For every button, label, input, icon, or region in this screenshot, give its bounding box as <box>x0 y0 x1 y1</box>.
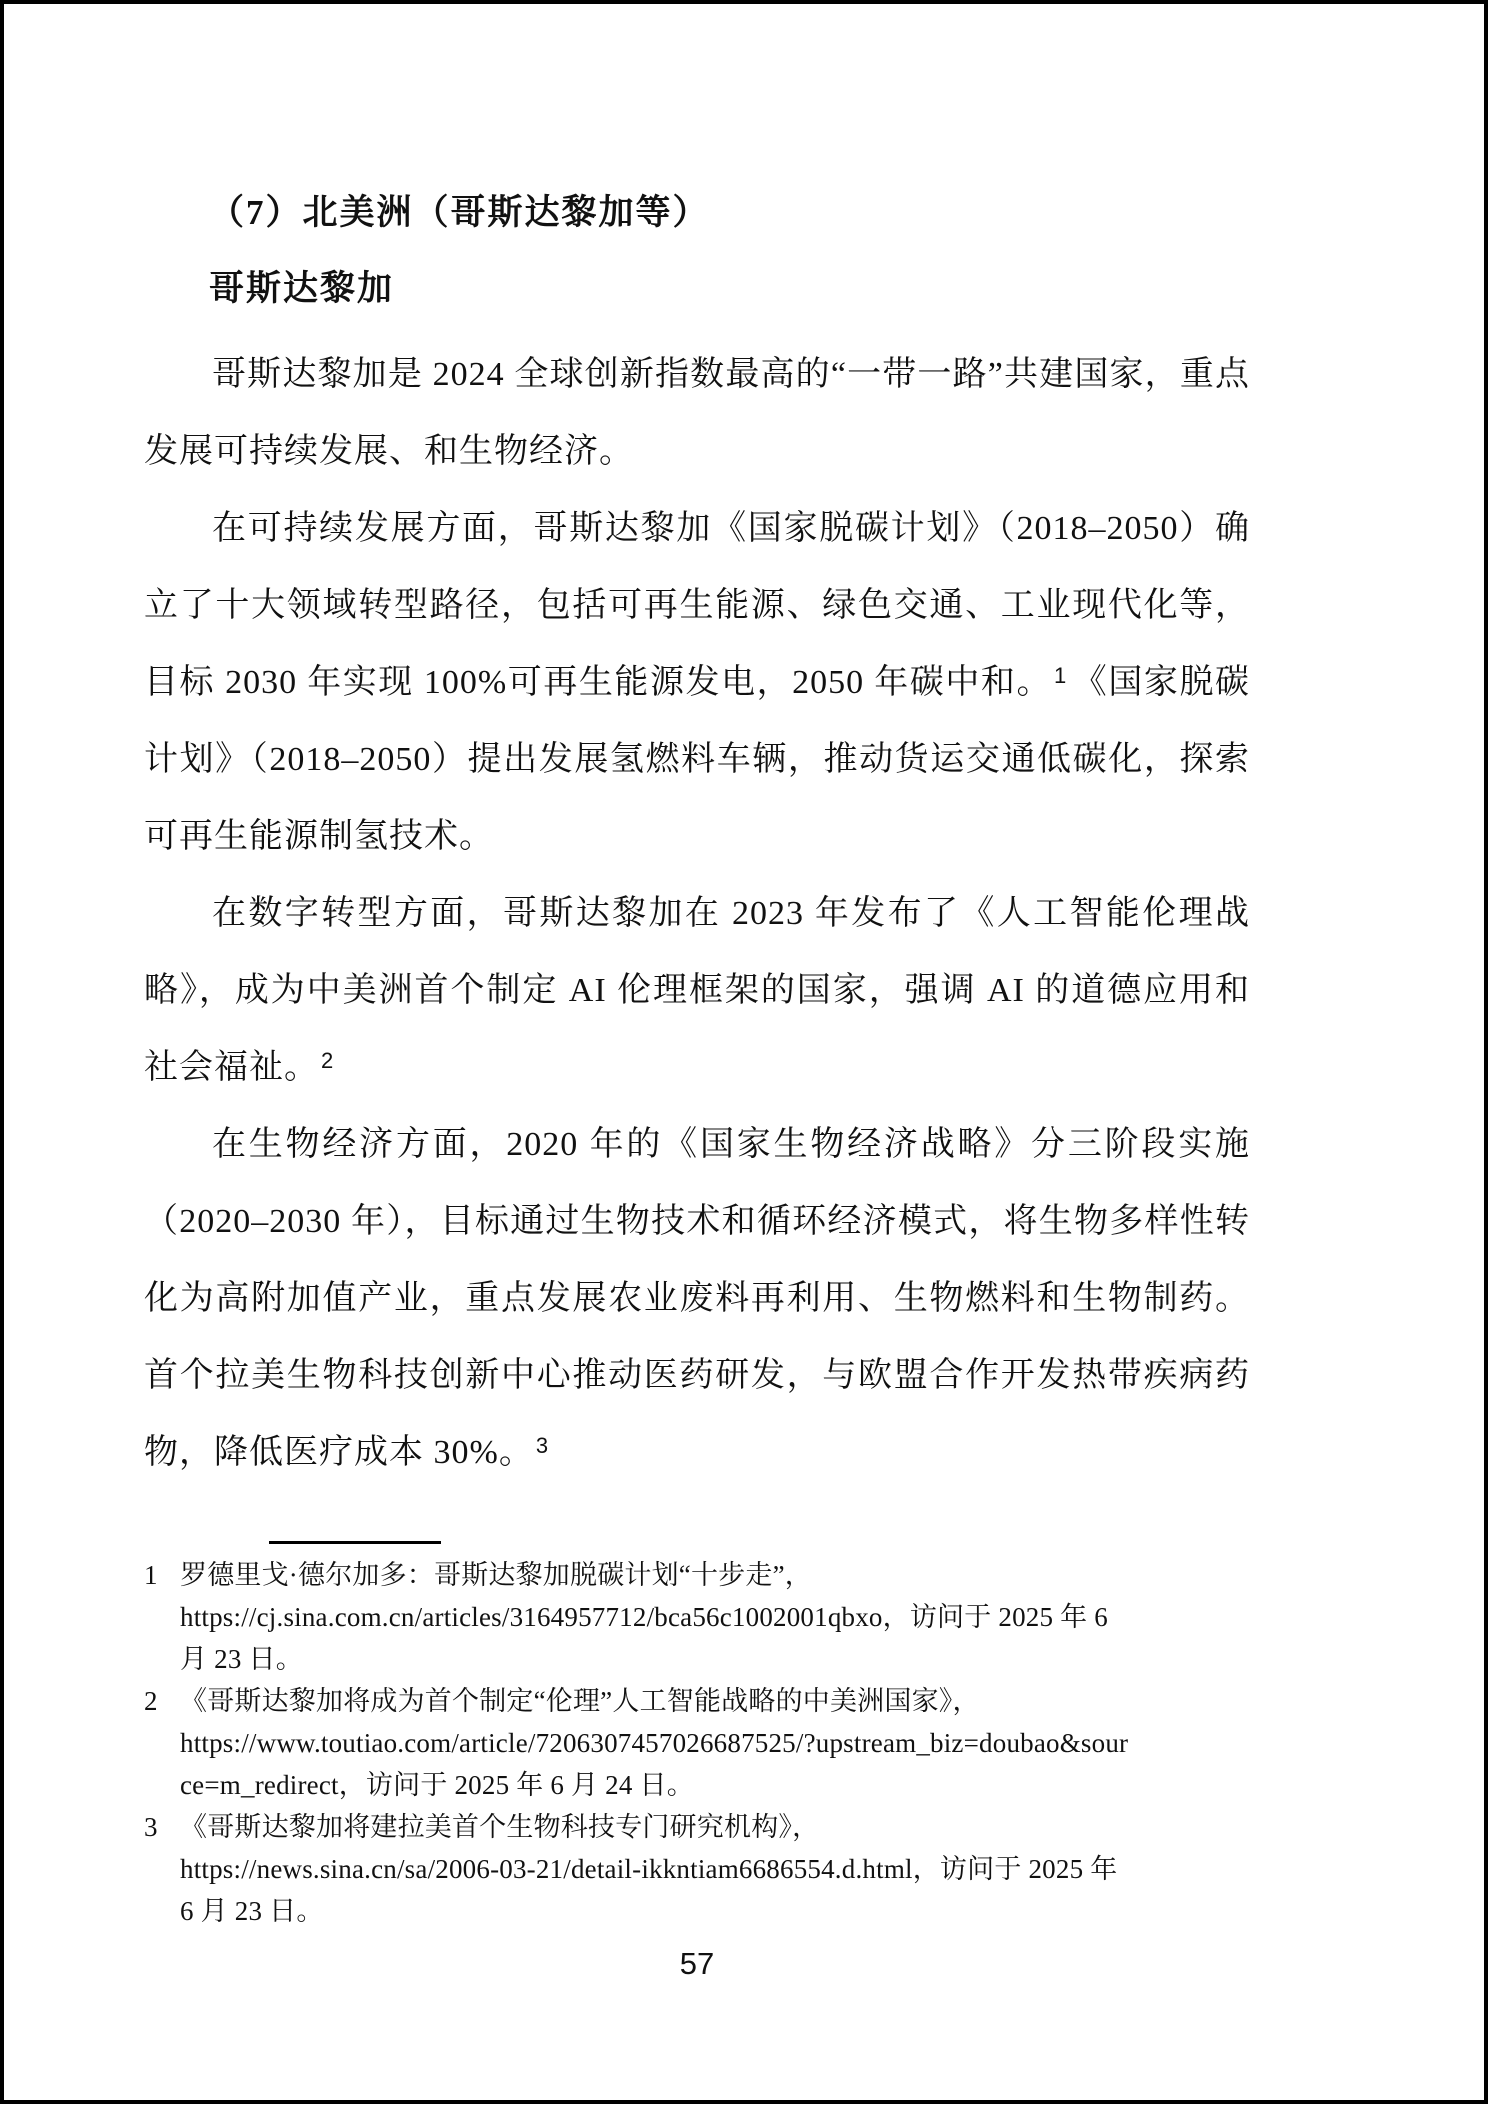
paragraph: 在生物经济方面，2020 年的《国家生物经济战略》分三阶段实施（2020–203… <box>144 1106 1250 1491</box>
footnote-marker: 2 <box>144 1680 180 1806</box>
footnote-item: 1罗德里戈·德尔加多：哥斯达黎加脱碳计划“十步走”，https://cj.sin… <box>144 1554 1250 1680</box>
footnote-separator <box>269 1541 441 1544</box>
footnotes: 1罗德里戈·德尔加多：哥斯达黎加脱碳计划“十步走”，https://cj.sin… <box>144 1554 1250 1932</box>
paragraph: 哥斯达黎加是 2024 全球创新指数最高的“一带一路”共建国家，重点发展可持续发… <box>144 336 1250 490</box>
footnote-line: https://cj.sina.com.cn/articles/31649577… <box>180 1596 1250 1638</box>
footnote-line: ce=m_redirect，访问于 2025 年 6 月 24 日。 <box>180 1764 1250 1806</box>
country-heading: 哥斯达黎加 <box>144 266 1250 312</box>
footnote-line: https://www.toutiao.com/article/72063074… <box>180 1722 1250 1764</box>
footnote-ref: 1 <box>1054 663 1067 688</box>
footnote-line: 罗德里戈·德尔加多：哥斯达黎加脱碳计划“十步走”， <box>180 1554 1250 1596</box>
paragraph: 在数字转型方面，哥斯达黎加在 2023 年发布了《人工智能伦理战略》，成为中美洲… <box>144 875 1250 1106</box>
footnote-ref: 3 <box>536 1433 549 1458</box>
footnote-text: 《哥斯达黎加将成为首个制定“伦理”人工智能战略的中美洲国家》，https://w… <box>180 1680 1250 1806</box>
footnote-item: 2《哥斯达黎加将成为首个制定“伦理”人工智能战略的中美洲国家》，https://… <box>144 1680 1250 1806</box>
footnote-line: 《哥斯达黎加将成为首个制定“伦理”人工智能战略的中美洲国家》， <box>180 1680 1250 1722</box>
paragraph: 在可持续发展方面，哥斯达黎加《国家脱碳计划》（2018–2050）确立了十大领域… <box>144 490 1250 875</box>
footnote-marker: 1 <box>144 1554 180 1680</box>
footnote-line: 6 月 23 日。 <box>180 1890 1250 1932</box>
footnote-item: 3《哥斯达黎加将建拉美首个生物科技专门研究机构》，https://news.si… <box>144 1806 1250 1932</box>
section-heading: （7）北美洲（哥斯达黎加等） <box>144 190 1250 236</box>
footnote-marker: 3 <box>144 1806 180 1932</box>
footnote-text: 《哥斯达黎加将建拉美首个生物科技专门研究机构》，https://news.sin… <box>180 1806 1250 1932</box>
document-page: （7）北美洲（哥斯达黎加等） 哥斯达黎加 哥斯达黎加是 2024 全球创新指数最… <box>0 0 1488 2104</box>
page-number: 57 <box>144 1946 1250 1982</box>
footnote-line: https://news.sina.cn/sa/2006-03-21/detai… <box>180 1848 1250 1890</box>
footnote-line: 《哥斯达黎加将建拉美首个生物科技专门研究机构》， <box>180 1806 1250 1848</box>
footnote-text: 罗德里戈·德尔加多：哥斯达黎加脱碳计划“十步走”，https://cj.sina… <box>180 1554 1250 1680</box>
footnote-ref: 2 <box>321 1048 334 1073</box>
body-paragraphs: 哥斯达黎加是 2024 全球创新指数最高的“一带一路”共建国家，重点发展可持续发… <box>144 336 1250 1491</box>
footnote-line: 月 23 日。 <box>180 1638 1250 1680</box>
